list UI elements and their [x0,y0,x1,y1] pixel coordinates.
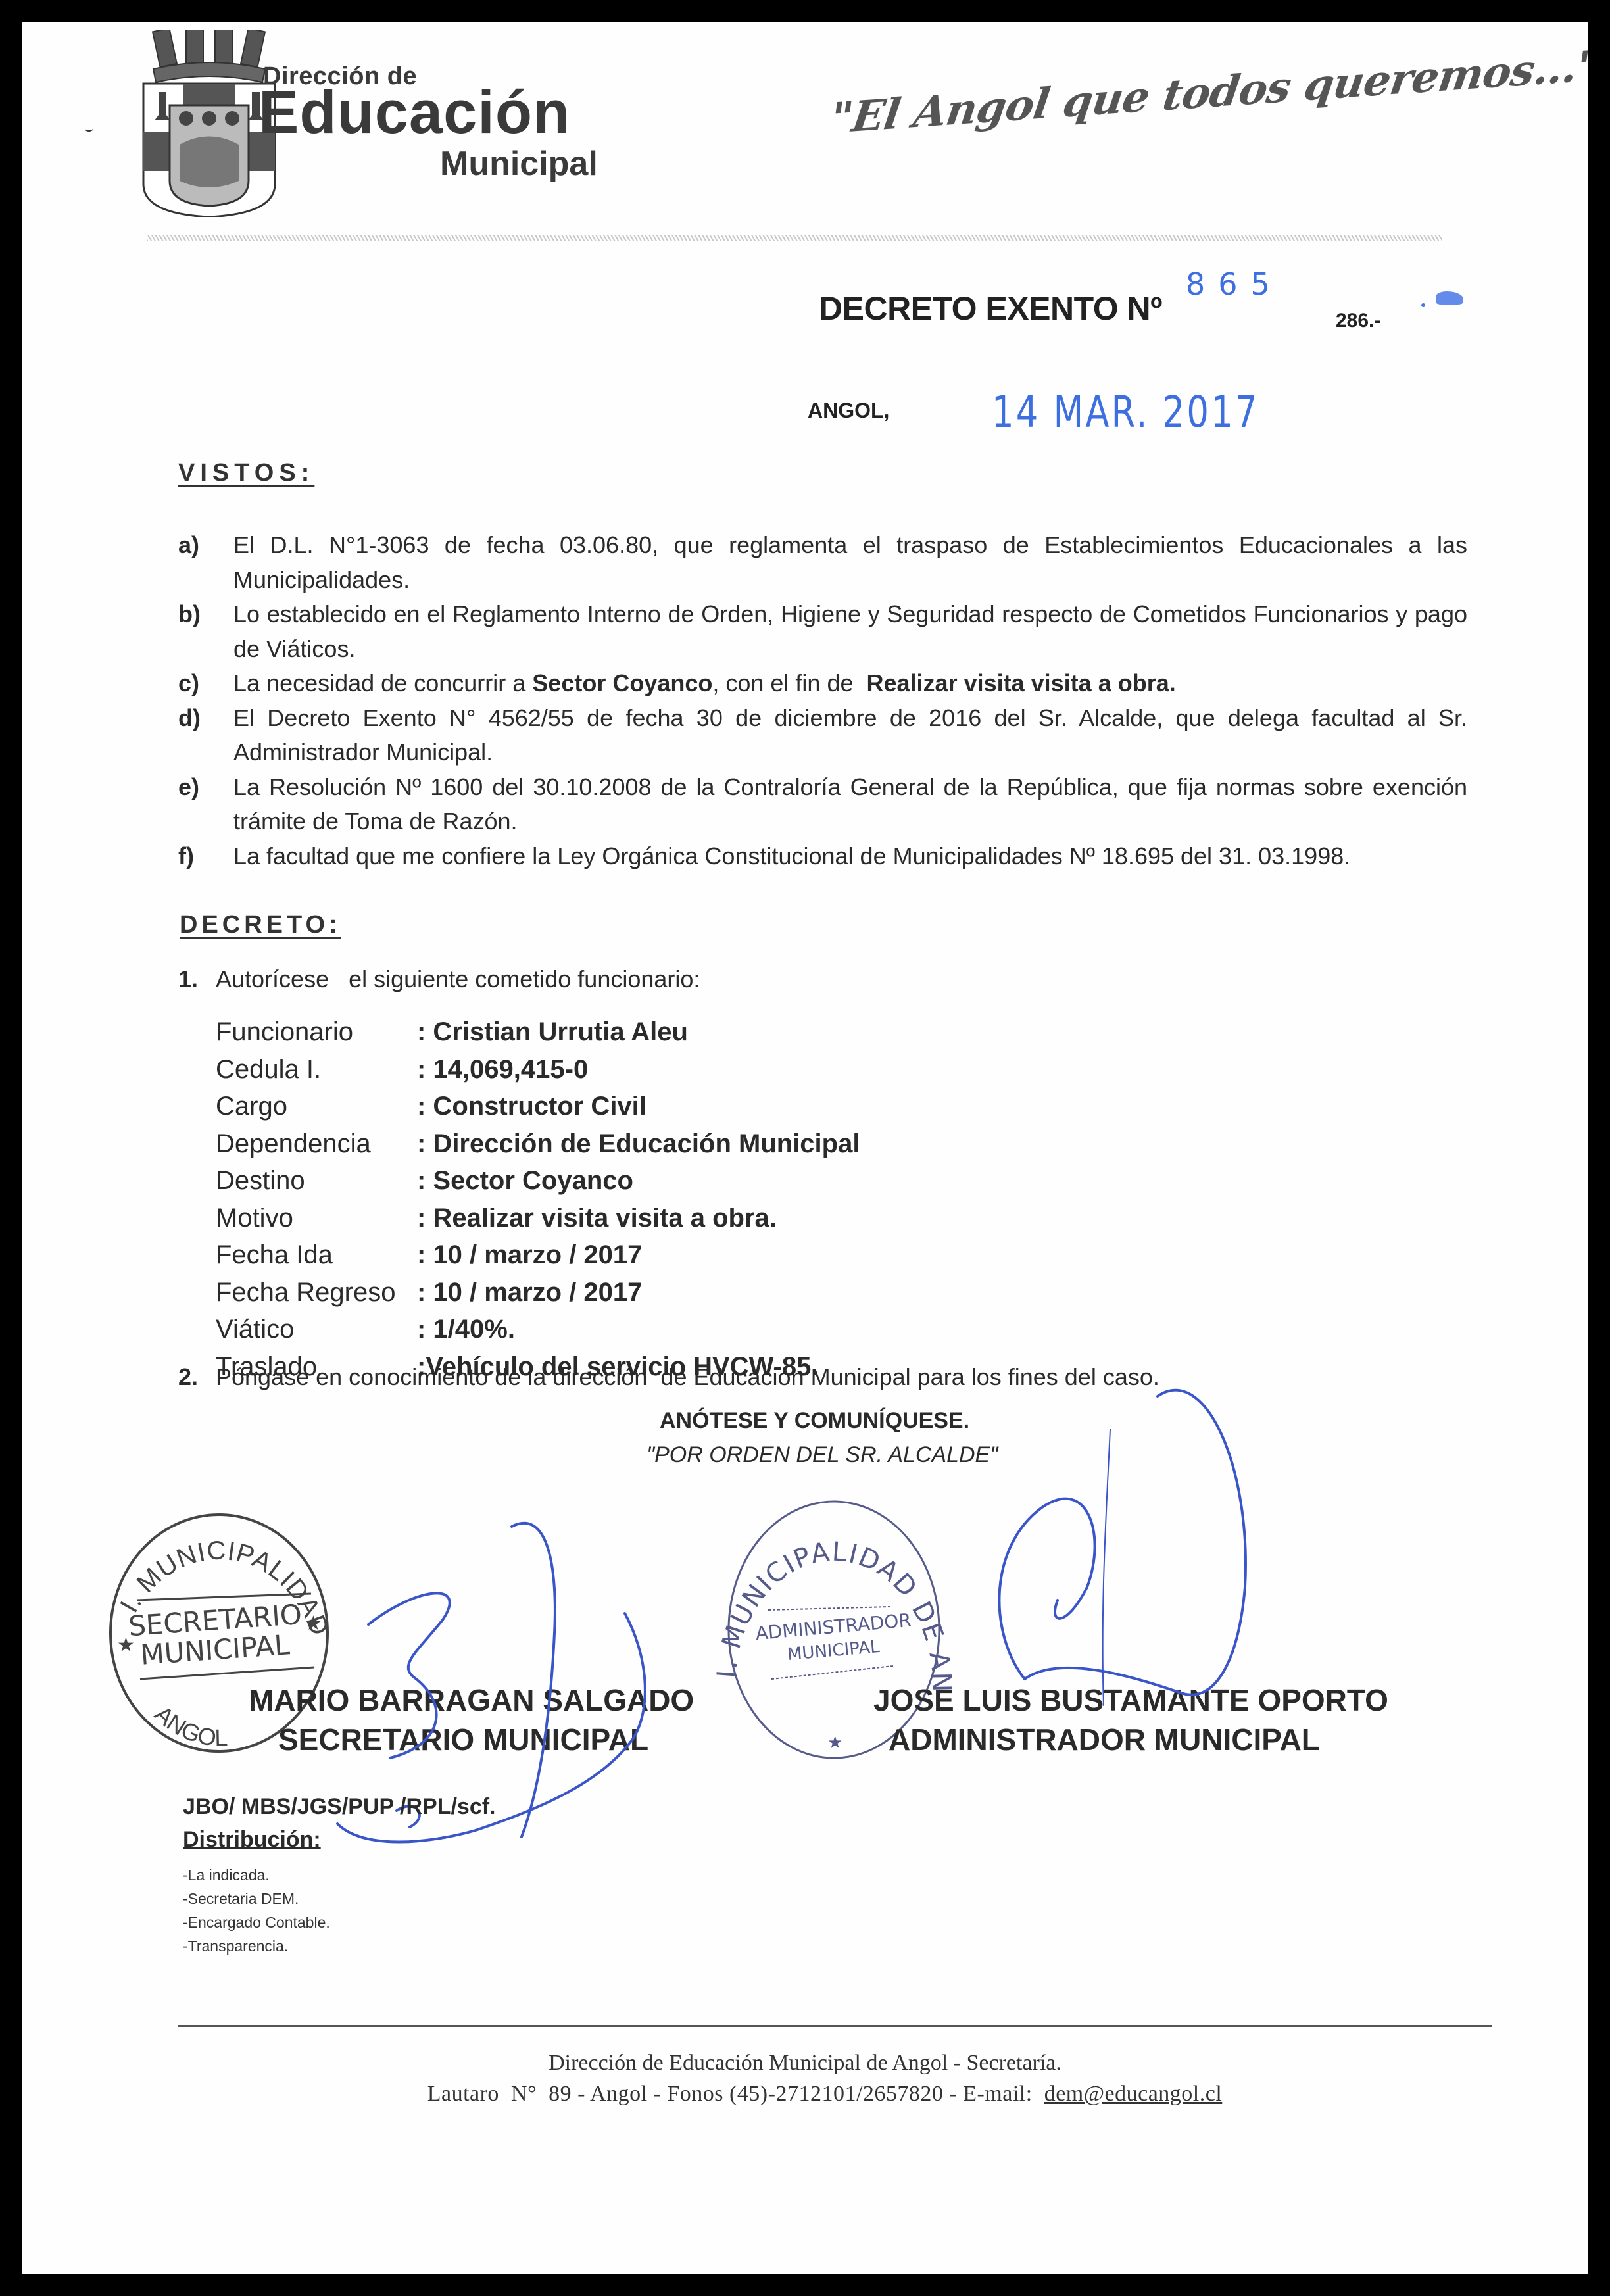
svg-text:ANGOL: ANGOL [150,1700,228,1751]
vistos-heading: VISTOS: [178,459,314,487]
distribution-item: -Secretaria DEM. [183,1887,330,1911]
signatory-right-title: ADMINISTRADOR MUNICIPAL [889,1722,1320,1757]
distribution-item: -La indicada. [183,1863,330,1887]
logo-text-line2: Educación [258,82,570,143]
city-label: ANGOL, [808,399,889,423]
item-letter: e) [178,770,199,805]
detail-row-fecha-regreso: Fecha Regreso : 10 / marzo / 2017 [216,1274,860,1311]
signatory-right-name: JOSE LUIS BUSTAMANTE OPORTO [873,1682,1388,1718]
detail-row-motivo: Motivo : Realizar visita visita a obra. [216,1200,860,1237]
item-letter: a) [178,528,199,563]
detail-value: : Sector Coyanco [417,1162,633,1200]
decreto-heading: DECRETO: [180,911,341,939]
typist-initials: JBO/ MBS/JGS/PUP /RPL/scf. [183,1794,496,1820]
item-text: La facultad que me confiere la Ley Orgán… [233,843,1350,869]
date-stamp: 14 MAR. 2017 [992,387,1259,437]
item-number: 1. [178,962,198,996]
closing-formula: ANÓTESE Y COMUNÍQUESE. [660,1408,969,1434]
signatory-left-title: SECRETARIO MUNICIPAL [278,1722,648,1757]
purpose-bold: Realizar visita visita a obra. [867,670,1176,696]
detail-row-funcionario: Funcionario : Cristian Urrutia Aleu [216,1014,860,1051]
detail-row-cedula: Cedula I. : 14,069,415-0 [216,1051,860,1088]
footer-contact: Lautaro N° 89 - Angol - Fonos (45)-27121… [22,2082,1588,2107]
vistos-list: a) El D.L. N°1-3063 de fecha 03.06.80, q… [178,528,1467,873]
item-text: El Decreto Exento N° 4562/55 de fecha 30… [233,704,1467,766]
slogan: "El Angol que todos queremos..." [827,41,1588,143]
vistos-item-b: b) Lo establecido en el Reglamento Inter… [178,597,1467,666]
decree-typed-number: 286.- [1336,310,1380,332]
detail-row-viatico: Viático : 1/40%. [216,1311,860,1348]
vistos-item-f: f) La facultad que me confiere la Ley Or… [178,839,1467,874]
seal-administrador-municipal-icon: I. MUNICIPALIDAD DE ANGOL ADMINISTRADOR … [689,1469,979,1765]
footer-divider [178,2025,1492,2027]
item-text: La necesidad de concurrir a [233,670,532,696]
ink-dot-icon [1421,303,1425,307]
decree-stamped-number: 865 [1186,266,1283,302]
svg-text:★: ★ [827,1732,842,1752]
item-text: La Resolución Nº 1600 del 30.10.2008 de … [233,773,1467,835]
item-text: Lo establecido en el Reglamento Interno … [233,600,1467,662]
svg-text:★: ★ [305,1613,322,1634]
document-page: ⌣ Dirección de Educación Municipal "El A… [22,22,1588,2274]
detail-label: Viático [216,1311,417,1348]
signatory-left-name: MARIO BARRAGAN SALGADO [249,1682,694,1718]
item-letter: c) [178,666,199,701]
detail-label: Fecha Regreso [216,1274,417,1311]
decreto-item-1: 1. Autorícese el siguiente cometido func… [178,962,1467,996]
item-letter: b) [178,597,201,632]
item-number: 2. [178,1360,198,1394]
svg-text:★: ★ [117,1634,135,1656]
item-text: El D.L. N°1-3063 de fecha 03.06.80, que … [233,531,1467,593]
item-text: Autorícese el siguiente cometido funcion… [216,965,700,992]
footer-address: Lautaro N° 89 - Angol - Fonos (45)-27121… [427,2082,1044,2106]
detail-value: : 1/40%. [417,1311,515,1348]
svg-text:MUNICIPAL: MUNICIPAL [787,1637,881,1665]
destination-bold: Sector Coyanco [532,670,712,696]
detail-label: Cedula I. [216,1051,417,1088]
footer-email-link[interactable]: dem@educangol.cl [1044,2082,1223,2106]
detail-row-fecha-ida: Fecha Ida : 10 / marzo / 2017 [216,1236,860,1274]
detail-value: : 14,069,415-0 [417,1051,588,1088]
detail-label: Fecha Ida [216,1236,417,1274]
distribution-list: -La indicada. -Secretaria DEM. -Encargad… [183,1863,330,1958]
detail-value: : Constructor Civil [417,1088,646,1125]
detail-row-destino: Destino : Sector Coyanco [216,1162,860,1200]
vistos-item-c: c) La necesidad de concurrir a Sector Co… [178,666,1467,701]
item-letter: f) [178,839,194,874]
detail-label: Dependencia [216,1125,417,1163]
distribution-item: -Encargado Contable. [183,1911,330,1934]
vistos-item-a: a) El D.L. N°1-3063 de fecha 03.06.80, q… [178,528,1467,597]
detail-label: Cargo [216,1088,417,1125]
footer-office: Dirección de Educación Municipal de Ango… [22,2051,1588,2076]
decree-title: DECRETO EXENTO Nº [819,289,1162,328]
distribution-item: -Transparencia. [183,1934,330,1958]
detail-value: : 10 / marzo / 2017 [417,1274,642,1311]
commission-details: Funcionario : Cristian Urrutia Aleu Cedu… [216,1014,860,1385]
detail-value: : Realizar visita visita a obra. [417,1200,777,1237]
detail-label: Motivo [216,1200,417,1237]
svg-text:ADMINISTRADOR: ADMINISTRADOR [754,1609,912,1645]
detail-value: : Cristian Urrutia Aleu [417,1014,688,1051]
detail-row-cargo: Cargo : Constructor Civil [216,1088,860,1125]
vistos-item-e: e) La Resolución Nº 1600 del 30.10.2008 … [178,770,1467,839]
detail-value: : Dirección de Educación Municipal [417,1125,860,1163]
by-order-line: "POR ORDEN DEL SR. ALCALDE" [646,1442,998,1468]
item-text: Póngase en conocimiento de la dirección … [216,1363,1159,1390]
detail-label: Funcionario [216,1014,417,1051]
decreto-item-2: 2. Póngase en conocimiento de la direcci… [178,1360,1159,1394]
vistos-item-d: d) El Decreto Exento N° 4562/55 de fecha… [178,701,1467,770]
detail-value: : 10 / marzo / 2017 [417,1236,642,1274]
logo-text-line3: Municipal [440,144,598,183]
header-divider [147,235,1442,241]
distribution-heading: Distribución: [183,1827,321,1853]
item-text: , con el fin de [712,670,866,696]
detail-label: Destino [216,1162,417,1200]
item-letter: d) [178,701,201,736]
ink-blot-icon [1436,291,1463,305]
detail-row-dependencia: Dependencia : Dirección de Educación Mun… [216,1125,860,1163]
scan-mark: ⌣ [84,120,93,137]
